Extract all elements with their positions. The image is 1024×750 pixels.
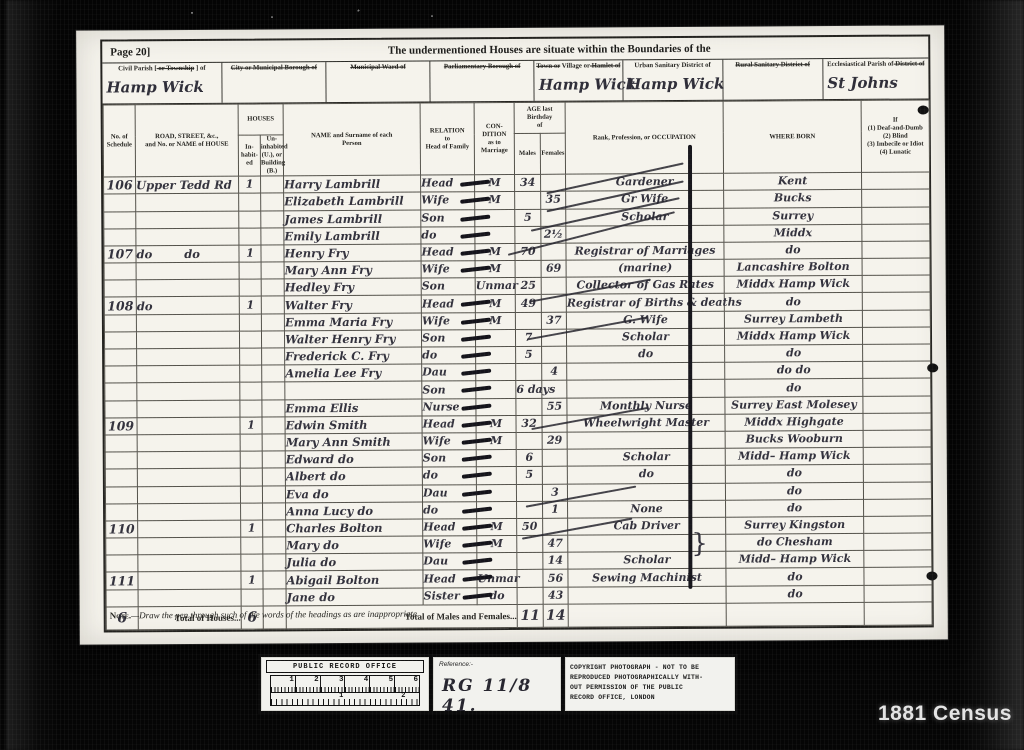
parish-field: City or Municipal Borough of [222,62,326,103]
cell-age-female: 29 [542,432,567,449]
cell-schedule [105,486,137,503]
cell-uninhabited [261,279,284,296]
parish-label: Parliamentary Borough of [431,61,534,72]
cell-road [137,451,240,469]
cell-born: Surrey East Molesey [725,396,863,414]
cell-schedule [105,383,137,400]
pro-title: PUBLIC RECORD OFFICE [266,660,424,673]
cell-occupation: (marine) [566,259,724,277]
cell-schedule [106,555,138,572]
cell-age-female: 47 [543,535,568,552]
cell-inhabited: 1 [241,571,263,588]
cell-road [136,331,239,349]
cell-relation: Wife [421,312,475,330]
cell-uninhabited [262,382,285,399]
parish-label: Rural Sanitary District of [723,59,822,70]
cell-inhabited [241,503,263,520]
cell-relation: Son [422,450,476,468]
cell-name: Mary do [286,536,423,554]
cell-name: Elizabeth Lambrill [284,192,421,210]
cell-inhabited [239,193,261,210]
cell-infirmity [862,206,930,224]
cell-name: Henry Fry [284,244,421,262]
col-header-age: AGE last Birthday of [514,102,565,133]
col-header-females: Females [540,133,565,174]
cell-inhabited [239,331,261,348]
cell-road [138,520,241,538]
cell-born: Middx Highgate [725,413,863,431]
cell-inhabited [241,589,263,606]
cell-schedule [105,366,137,383]
cell-infirmity [862,292,930,310]
cell-inhabited: 1 [239,296,261,313]
cell-road [137,400,240,418]
parish-field: Parliamentary Borough of [431,61,535,102]
reference-value: RG 11/8 41. [442,676,560,716]
cell-schedule [106,538,138,555]
cell-infirmity [862,224,930,242]
reference-label: Reference:- [439,661,473,668]
cell-occupation: Sewing Machinist [568,569,726,587]
cell-uninhabited [261,331,284,348]
cell-age-male [516,398,542,415]
pro-ruler-cm: 123456 [270,675,420,692]
census-table: No. of Schedule ROAD, STREET, &c., and N… [103,99,933,630]
cell-uninhabited [262,348,285,365]
parish-value: Hamp Wick [627,75,724,94]
cell-infirmity [862,275,930,293]
cell-infirmity [863,378,931,396]
cell-name: Amelia Lee Fry [285,364,422,382]
cell-inhabited: 1 [240,417,262,434]
cell-infirmity [863,361,931,379]
pro-strip: PUBLIC RECORD OFFICE 123456 12 Reference… [258,654,738,714]
cell-born: Kent [724,173,862,191]
cell-inhabited [241,537,263,554]
cell-uninhabited [263,537,286,554]
cell-born: Surrey Kingston [726,516,864,534]
cell-infirmity [863,413,931,431]
col-header-condition: CON- DITION as to Marriage [474,102,514,174]
cell-uninhabited [263,589,286,606]
cell-occupation: Registrar of Births & deaths [566,294,724,312]
cell-uninhabited [261,262,284,279]
col-header-houses: HOUSES [238,104,283,135]
cell-road [137,434,240,452]
cell-uninhabited [261,176,284,193]
cell-relation: Dau [422,484,476,502]
footer-note: Note.—Draw the pen through such of the w… [110,609,420,621]
cell-inhabited [239,262,261,279]
col-header-road: ROAD, STREET, &c., and No. or NAME of HO… [135,104,238,177]
registration-dot [926,571,937,580]
cell-occupation: Registrar of Marriages [566,242,724,260]
col-header-inhabited: In- habit- ed [238,135,260,176]
parish-label: City or Municipal Borough of [222,62,325,73]
cell-born: do [725,465,863,483]
cell-road [136,279,239,297]
cell-age-male: 49 [515,295,541,312]
cell-age-male: 5 [516,346,542,363]
ink-streak [688,145,692,589]
cell-uninhabited [262,485,285,502]
parish-field: Urban Sanitary District ofHamp Wick [623,60,723,101]
registration-dot [927,363,938,372]
cell-infirmity [863,344,931,362]
cell-age-female [541,277,566,294]
cell-age-male [517,570,543,587]
parish-field: Municipal Ward of [326,61,430,102]
cell-name: Frederick C. Fry [285,347,422,365]
cell-age-female [542,467,567,484]
cell-schedule: 109 [105,418,137,435]
cell-uninhabited [261,228,284,245]
film-edge-left [6,0,66,750]
cell-name: Walter Henry Fry [284,330,421,348]
cell-road: Upper Tedd Rd [136,176,239,194]
cell-schedule [104,280,136,297]
cell-schedule [104,263,136,280]
cell-name: Emma Maria Fry [284,313,421,331]
cell-age-male: 6 [516,449,542,466]
totals-males: 11 [517,604,543,627]
cell-relation: Son [422,381,476,399]
cell-schedule [104,211,136,228]
cell-born: do [725,379,863,397]
cell-born: do [725,344,863,362]
cell-age-male: 5 [516,467,542,484]
cell-age-male: 6 days [516,381,542,398]
cell-schedule [105,400,137,417]
census-caption: 1881 Census [878,702,1012,726]
cell-born: Surrey [724,207,862,225]
cell-occupation: Scholar [567,448,725,466]
cell-inhabited [240,382,262,399]
parish-label: Urban Sanitary District of [623,60,722,71]
cell-name: Mary Ann Fry [284,261,421,279]
cell-name: Albert do [285,467,422,485]
pro-ruler-inches: 12 [270,692,420,706]
census-photo: Page 20] The undermentioned Houses are s… [0,0,1024,750]
form-border: Page 20] The undermentioned Houses are s… [100,34,934,632]
cell-uninhabited [263,520,286,537]
cell-age-female: 37 [541,312,566,329]
cell-born: do [724,241,862,259]
cell-road [138,554,241,572]
cell-inhabited: 1 [241,520,263,537]
cell-relation: Head [421,295,475,313]
cell-age-female: 69 [541,260,566,277]
cell-uninhabited [261,245,284,262]
parish-header-row: Civil Parish [ or Township ] ofHamp Wick… [102,58,928,104]
cell-born: do [725,482,863,500]
cell-uninhabited [263,503,286,520]
cell-relation: Head [423,570,477,588]
cell-occupation [567,483,725,501]
cell-name: Walter Fry [284,296,421,314]
cell-inhabited [240,365,262,382]
pro-copyright-box: COPYRIGHT PHOTOGRAPH - NOT TO BEREPRODUC… [565,657,735,711]
brace-mark: } [691,529,708,559]
cell-occupation: None [568,500,726,518]
cell-occupation [568,586,726,604]
cell-infirmity [862,189,930,207]
cell-age-male [517,553,543,570]
parish-label: Municipal Ward of [326,61,429,72]
cell-age-male: 25 [515,278,541,295]
cell-age-male [517,587,543,604]
cell-uninhabited [262,468,285,485]
copyright-text: COPYRIGHT PHOTOGRAPH - NOT TO BEREPRODUC… [570,663,730,703]
cell-road [136,228,239,246]
col-header-males: Males [514,133,540,174]
col-header-uninhabited: Un- inhabited (U.), or Building (B.) [260,135,283,176]
cell-age-female: 56 [543,570,568,587]
cell-infirmity [863,447,931,465]
cell-relation: Head [423,519,477,537]
cell-inhabited [240,434,262,451]
cell-born: Middx [724,224,862,242]
film-specks-top [160,4,480,26]
cell-relation: Son [421,330,475,348]
cell-name: Julia do [286,553,423,571]
cell-born: do [726,568,864,586]
cell-schedule [105,435,137,452]
cell-inhabited: 1 [239,176,261,193]
cell-uninhabited [261,210,284,227]
cell-occupation: Scholar [566,328,724,346]
film-edge-right [954,0,1024,750]
cell-infirmity [862,310,930,328]
cell-born: Surrey Lambeth [724,310,862,328]
cell-age-male: 32 [516,415,542,432]
cell-inhabited [241,554,263,571]
cell-infirmity [862,241,930,259]
cell-road [138,572,241,590]
cell-name: Emily Lambrill [284,227,421,245]
cell-name: Edward do [285,450,422,468]
col-header-occupation: Rank, Profession, or OCCUPATION [565,101,723,174]
cell-born: do [726,499,864,517]
totals-females: 14 [543,604,568,627]
cell-inhabited [239,228,261,245]
cell-schedule: 107 [104,246,136,263]
cell-infirmity [863,464,931,482]
cell-occupation [567,362,725,380]
cell-schedule [105,469,137,486]
parish-field: Rural Sanitary District of [723,59,823,100]
parish-label: Town or Village or Hamlet of [535,60,622,71]
parish-value: Hamp Wick [106,78,203,97]
cell-condition: Unmar [475,278,515,295]
cell-age-male [516,364,542,381]
cell-age-female: 43 [543,587,568,604]
cell-relation: Wife [421,261,475,279]
cell-inhabited [240,468,262,485]
cell-infirmity [864,516,932,534]
cell-infirmity [862,258,930,276]
cell-born: Middx Hamp Wick [724,327,862,345]
cell-road [136,194,239,212]
cell-name: Hedley Fry [284,278,421,296]
cell-born: Lancashire Bolton [724,258,862,276]
cell-infirmity [862,172,930,190]
cell-infirmity [864,550,932,568]
cell-relation: do [422,467,476,485]
footer-note-label: Note. [110,610,131,620]
cell-relation: Head [422,416,476,434]
cell-born: Bucks Wooburn [725,430,863,448]
cell-uninhabited [261,193,284,210]
cell-inhabited [240,486,262,503]
pro-reference-box: Reference:- RG 11/8 41. [433,657,561,711]
cell-relation: Wife [422,433,476,451]
cell-inhabited [239,279,261,296]
cell-inhabited [240,451,262,468]
cell-inhabited [239,314,261,331]
cell-age-male: 5 [515,209,541,226]
cell-uninhabited [263,571,286,588]
cell-road [137,417,240,435]
cell-infirmity [863,430,931,448]
cell-infirmity [862,327,930,345]
cell-inhabited [239,211,261,228]
cell-road [136,211,239,229]
cell-relation: Son [421,209,475,227]
cell-age-female [542,346,567,363]
cell-name: James Lambrill [284,210,421,228]
cell-schedule: 108 [104,297,136,314]
cell-schedule [104,314,136,331]
parish-field: Ecclesiastical Parish of District ofSt J… [823,58,928,99]
cell-born: Midd– Hamp Wick [726,551,864,569]
parish-field: Town or Village or Hamlet ofHamp Wick [535,60,623,101]
col-header-schedule: No. of Schedule [103,105,135,177]
cell-inhabited [240,348,262,365]
cell-road [137,469,240,487]
cell-age-female: 14 [543,552,568,569]
cell-relation: Head [421,244,475,262]
cell-inhabited: 1 [239,245,261,262]
cell-schedule [104,194,136,211]
cell-inhabited [240,400,262,417]
cell-infirmity [864,567,932,585]
cell-road [136,314,239,332]
cell-schedule [104,332,136,349]
cell-infirmity [863,481,931,499]
cell-uninhabited [262,451,285,468]
cell-occupation: do [567,466,725,484]
cell-born: do [726,585,864,603]
cell-uninhabited [262,365,285,382]
footer-note-text: —Draw the pen through such of the words … [131,609,419,621]
cell-road [137,348,240,366]
cell-schedule: 106 [104,177,136,194]
page-label: Page 20] [102,45,260,58]
parish-label: Ecclesiastical Parish of District of [823,58,928,69]
cell-age-male [515,192,541,209]
cell-uninhabited [262,434,285,451]
parish-value: St Johns [827,74,897,92]
census-document: Page 20] The undermentioned Houses are s… [76,25,948,644]
cell-infirmity [864,499,932,517]
col-header-name: NAME and Surname of each Person [283,103,420,176]
cell-road [138,589,241,607]
boundary-heading: The undermentioned Houses are situate wi… [260,41,928,57]
registration-dot [918,105,929,114]
cell-relation: do [423,501,477,519]
cell-schedule [105,452,137,469]
cell-name: Anna Lucy do [286,502,423,520]
cell-name: Eva do [285,485,422,503]
cell-relation: Dau [422,364,476,382]
cell-age-male: 50 [517,518,543,535]
cell-relation: Head [421,175,475,193]
cell-occupation [567,380,725,398]
cell-name: Edwin Smith [285,416,422,434]
cell-relation: Dau [423,553,477,571]
cell-uninhabited [263,554,286,571]
cell-age-male [516,484,542,501]
parish-field: Civil Parish [ or Township ] ofHamp Wick [102,63,222,104]
cell-infirmity [863,396,931,414]
parish-label: Civil Parish [ or Township ] of [102,63,221,74]
cell-schedule [106,589,138,606]
pro-ruler-box: PUBLIC RECORD OFFICE 123456 12 [261,657,429,711]
cell-uninhabited [261,296,284,313]
cell-schedule: 111 [106,572,138,589]
cell-uninhabited [262,417,285,434]
cell-age-female: 55 [542,398,567,415]
cell-road: do [136,297,239,315]
cell-road [136,262,239,280]
cell-road [137,383,240,401]
cell-born: Bucks [724,190,862,208]
cell-road [138,537,241,555]
cell-relation: do [422,347,476,365]
cell-relation: Wife [421,192,475,210]
cell-name [285,381,422,399]
col-header-born: WHERE BORN [723,100,861,173]
cell-uninhabited [262,399,285,416]
cell-name: Harry Lambrill [284,175,421,193]
cell-uninhabited [261,314,284,331]
cell-relation: Son [421,278,475,296]
parish-value: Hamp Wick [539,75,636,94]
cell-born: Midd– Hamp Wick [725,448,863,466]
cell-name: Abigail Bolton [286,571,423,589]
cell-age-male [515,260,541,277]
cell-name: Emma Ellis [285,399,422,417]
cell-born: Middx Hamp Wick [724,276,862,294]
cell-name: Charles Bolton [286,519,423,537]
cell-age-female: 4 [542,363,567,380]
cell-age-female [542,449,567,466]
cell-born: do Chesham [726,533,864,551]
cell-relation: Wife [423,536,477,554]
cell-schedule [104,229,136,246]
cell-relation: Nurse [422,398,476,416]
col-header-relation: RELATION to Head of Family [420,103,474,175]
cell-occupation [567,431,725,449]
cell-road: do do [136,245,239,263]
cell-name: Mary Ann Smith [285,433,422,451]
cell-infirmity [864,533,932,551]
cell-occupation: Monthly Nurse [567,397,725,415]
cell-road [138,503,241,521]
cell-relation: do [421,226,475,244]
cell-age-male [515,312,541,329]
